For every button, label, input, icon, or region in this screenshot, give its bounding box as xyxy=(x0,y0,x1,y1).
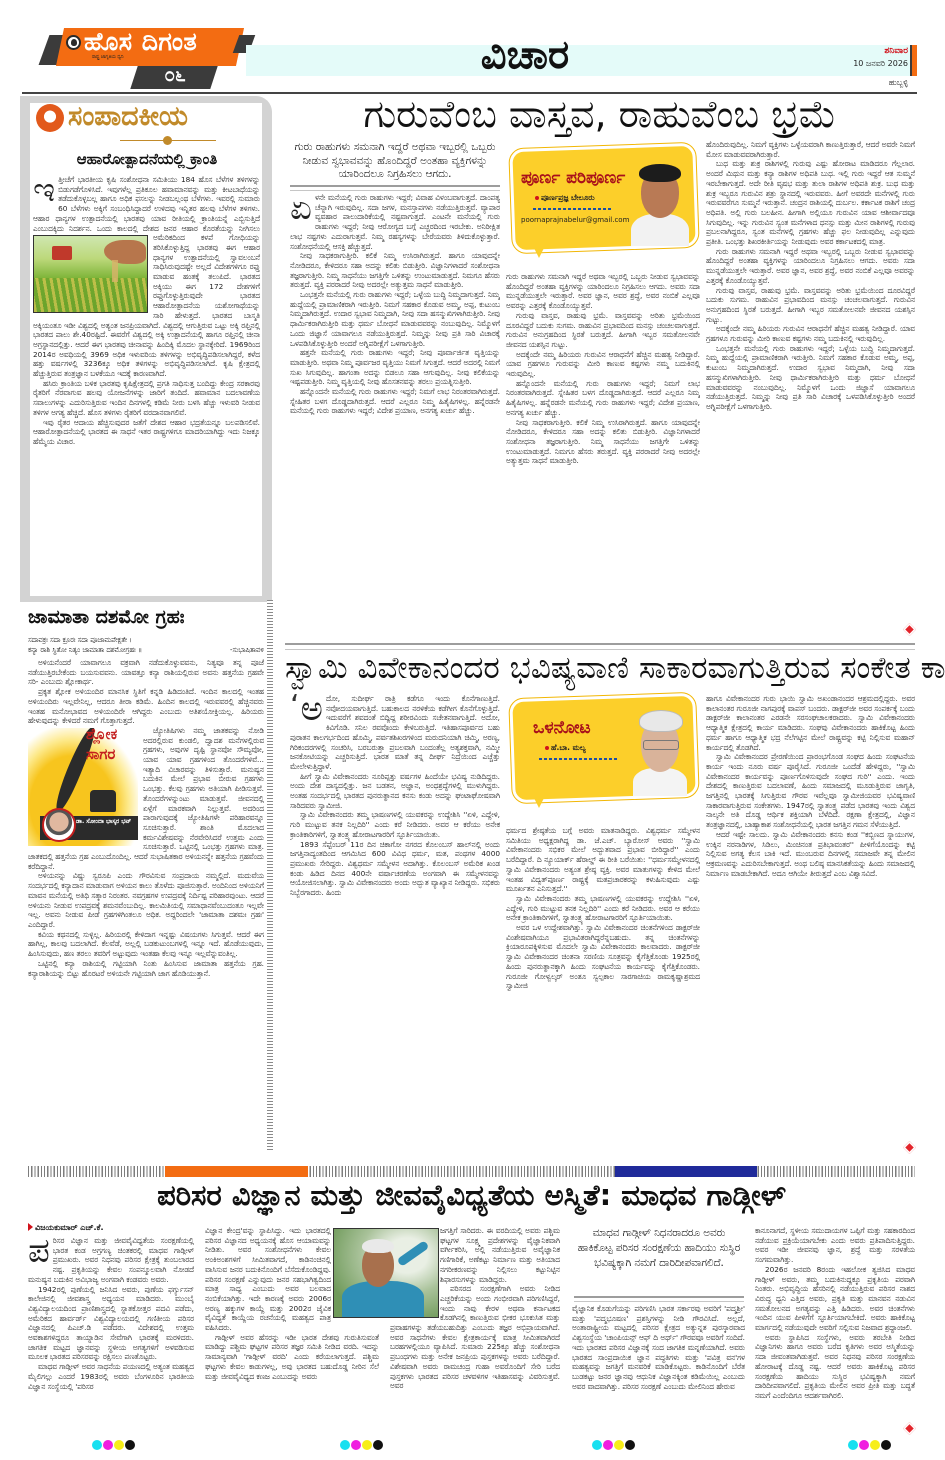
column-name-line-1: ಶ್ಲೋಕ xyxy=(86,730,117,740)
cyan-dot xyxy=(92,1440,102,1450)
drop-cap: ಏ xyxy=(290,193,312,223)
edition-city: ಹುಬ್ಬಳ್ಳಿ xyxy=(846,78,908,88)
cmyk-register-dots xyxy=(340,1440,383,1450)
vivekananda-paragraph: ಆದರೆ ಇಷ್ಟೇ ಸಾಲದು. ಸ್ವಾಮಿ ವಿವೇಕಾನಂದರು ಕನಸ… xyxy=(706,830,915,879)
editorial-paragraph: ಹಸಿರು ಕ್ರಾಂತಿಯ ಬಳಿಕ ಭಾರತವು ಕೃಷಿಕ್ಷೇತ್ರದಲ… xyxy=(33,379,260,418)
inkpot-icon xyxy=(90,790,116,812)
gadgil-paragraph: 2026ರ ಜನವರಿ 8ರಂದು ಇಹಲೋಕ ತ್ಯಜಿಸಿದ ಮಾಧವ ಗಾ… xyxy=(755,1265,915,1333)
vertical-register-strip xyxy=(267,600,273,1152)
issue-day: ಶನಿವಾರ xyxy=(846,46,908,56)
column-box-poorna-paripoorna: ಪೂರ್ಣ ಪರಿಪೂರ್ಣ ಪೂರ್ಣಪ್ರಜ್ಞ ಬೇಲೂರು poorna… xyxy=(505,138,700,268)
vivekananda-article-headline: ಸ್ವಾಮಿ ವಿವೇಕಾನಂದರ ಭವಿಷ್ಯವಾಣಿ ಸಾಕಾರವಾಗುತ್… xyxy=(285,650,915,687)
guru-paragraph: ಹತ್ತನೇ ಮನೆಯಲ್ಲಿ ಗುರು ರಾಹುಗಳು ಇದ್ದರೆ; ನೀವ… xyxy=(290,348,500,387)
magenta-dot xyxy=(603,1440,613,1450)
black-dot xyxy=(125,1440,135,1450)
yellow-dot xyxy=(614,1440,624,1450)
masthead-tagline: ರಾಷ್ಟ್ರ ಜಾಗೃತಿಯ ಧ್ವನಿ xyxy=(92,54,124,60)
gadgil-col-1: ಪರಿಸರ ವಿಜ್ಞಾನ ಮತ್ತು ಜೀವವೈವಿಧ್ಯತೆಯ ಸಂರಕ್ಷ… xyxy=(28,1236,194,1432)
black-dot xyxy=(625,1440,635,1450)
drop-cap: ಅ xyxy=(301,694,323,724)
masthead-emblem-icon xyxy=(66,35,81,50)
column-box-olanota: ಒಳನೋಟ ಹೆ.ಬಾ. ಮಲ್ಯ xyxy=(505,688,700,818)
shloka-sagara-column-art: ಶ್ಲೋಕ ಸಾಗರ ಡಾ. ಸೋಂದಾ ಭಾಸ್ಕರ ಭಟ್ xyxy=(28,728,138,846)
shloka-paragraph: ಅಳಿಯನೆಂದರೆ ಯಾವಾಗಲೂ ವಕ್ರವಾಗಿ ನಡೆದುಕೊಳ್ಳುವ… xyxy=(28,658,264,687)
guru-paragraph: ಹನ್ನೊಂದನೇ ಮನೆಯಲ್ಲಿ ಗುರು ರಾಹುಗಳು ಇದ್ದರೆ; … xyxy=(506,379,700,418)
vivekananda-paragraph: ಸ್ವಾಮಿ ವಿವೇಕಾನಂದರು ತಮ್ಮ ಭಾಷಣಗಳಲ್ಲಿ ಯುವಕರ… xyxy=(290,810,500,839)
spectacles-icon xyxy=(643,740,679,750)
guru-paragraph: ನೀವು ಸಾಧಕರಾಗುತ್ತೀರಿ. ಕಲಿಕೆ ನಿಮ್ಮ ಉಸಿರಾಗಿ… xyxy=(290,251,500,290)
gadgil-col-5: ಕಾನೂನಾಗದೆ, ಸ್ಥಳೀಯ ಸಮುದಾಯಗಳ ಒಪ್ಪಿಗೆ ಮತ್ತು… xyxy=(755,1226,915,1432)
gadgil-paragraph: ವೈಜ್ಞಾನಿಕ ಕೊಡುಗೆಯನ್ನು ಪರಿಗಣಿಸಿ ಭಾರತ ಸರ್ಕ… xyxy=(572,1304,745,1391)
gadgil-lead: ರಿಸರ ವಿಜ್ಞಾನ ಮತ್ತು ಜೀವವೈವಿಧ್ಯತೆಯ ಸಂರಕ್ಷಣ… xyxy=(28,1236,194,1284)
vivekananda-paragraph: ಧರ್ಮದ ಶ್ರೇಷ್ಠತೆಯ ಬಗ್ಗೆ ಅವರು ಮಾತನಾಡಿದ್ದರು… xyxy=(506,826,700,894)
section-title: ವಿಚಾರ xyxy=(400,32,650,78)
page-number: ೦೬ xyxy=(136,64,214,86)
magenta-dot xyxy=(103,1440,113,1450)
drop-cap: ಇ xyxy=(33,175,55,205)
shloka-paragraph: ಒಟ್ಟಿನಲ್ಲಿ ಕನ್ಯಾ ರಾಶಿಯಲ್ಲಿ ಗಟ್ಟಿಯಾಗಿ ನಿಂ… xyxy=(28,959,264,978)
gadgil-paragraph: ಪರಿಸರ ವಿಜ್ಞಾನ ಮತ್ತು ಜೀವವೈವಿಧ್ಯತೆಯ ಸಂರಕ್ಷ… xyxy=(28,1236,194,1285)
cyan-dot xyxy=(340,1440,350,1450)
quote-mark: ‘ xyxy=(290,694,300,720)
shirt-shape xyxy=(633,768,687,796)
columnist-name: ಪೂರ್ಣಪ್ರಜ್ಞ ಬೇಲೂರು xyxy=(535,193,595,203)
vivekananda-paragraph: ಅವರ ಒಳ ಉದ್ದೇಶವಾಗಿತ್ತು. ಸ್ವಾಮಿ ವಿವೇಕಾನಂದರ… xyxy=(506,923,700,991)
editorial-paragraph: ಇ ತ್ತೀಚೆಗೆ ಭಾರತೀಯ ಕೃಷಿ ಸಂಶೋಧನಾ ಸಮಿತಿಯು 1… xyxy=(33,175,260,379)
crop-ears xyxy=(34,278,147,312)
vivekananda-paragraph: ಸ್ವಾಮಿ ವಿವೇಕಾನಂದರು ತಮ್ಮ ಭಾಷಣಗಳಲ್ಲಿ ಯುವಕರ… xyxy=(506,894,700,923)
guru-paragraph: ಗುರು ರಾಹುಗಳು ಸಮನಾಗಿ ಇದ್ದರೆ ಅಥವಾ ಇಬ್ಬರಲ್ಲ… xyxy=(706,247,915,286)
hair-shape xyxy=(639,164,681,182)
yellow-dot xyxy=(114,1440,124,1450)
guru-article-deck: ಗುರು ರಾಹುಗಳು ಸಮನಾಗಿ ಇದ್ದರೆ ಅಥವಾ ಇಬ್ಬರಲ್ಲ… xyxy=(290,141,500,182)
cmyk-register-dots xyxy=(848,1440,891,1450)
vivekananda-paragraph: ಹೀಗೆ ಸ್ವಾಮಿ ವಿವೇಕಾನಂದರು ನೂರಿಪ್ಪತ್ತು ವರ್ಷ… xyxy=(290,772,500,811)
dotted-divider xyxy=(539,758,619,760)
columnist-name: ಹೆ.ಬಾ. ಮಲ್ಯ xyxy=(545,743,586,753)
hair-shape xyxy=(639,710,683,732)
yellow-dot xyxy=(870,1440,880,1450)
tractor-shape xyxy=(52,246,72,260)
divider-orange-segment xyxy=(165,1166,308,1177)
guru-paragraph: ಅದಕ್ಕೆಂದೇ ನಮ್ಮ ಹಿರಿಯರು ಗುರುವಿನ ಆರಾಧನೆಗೆ … xyxy=(706,324,915,343)
paddy-field-photo xyxy=(33,235,148,313)
guru-paragraph: ಏಳನೇ ಮನೆಯಲ್ಲಿ ಗುರು ರಾಹುಗಳು ಇದ್ದರೆ; ವಿವಾಹ… xyxy=(290,193,500,251)
hatched-divider xyxy=(28,1166,915,1177)
falling-grain xyxy=(112,260,118,282)
pull-quote-rule xyxy=(574,1296,744,1302)
editorial-emblem-icon xyxy=(36,104,64,132)
magenta-dot xyxy=(351,1440,361,1450)
date-accent-bar xyxy=(910,45,917,76)
gadgil-paragraph: ಗಾಡ್ಗೀಳ್ ಅವರ ಹೆಸರನ್ನು ಇಡೀ ಭಾರತ ದೇಶವು ಗುರ… xyxy=(205,1333,379,1382)
byline-name: ವಿಜಯಕುಮಾರ್ ಎಚ್.ಕೆ. xyxy=(35,1223,103,1232)
vivekananda-paragraph: ಸ್ವಾಮಿ ವಿವೇಕಾನಂದರ ಪ್ರೇರಣೆಯಿಂದ ಪ್ರಾರಂಭಗೊಂ… xyxy=(706,752,915,830)
shloka-body: ಅಳಿಯನೆಂದರೆ ಯಾವಾಗಲೂ ವಕ್ರವಾಗಿ ನಡೆದುಕೊಳ್ಳುವ… xyxy=(28,658,264,1152)
guru-paragraph: ಹೊಂದಿರುವುದಿಲ್ಲ. ನಿಮಗೆ ವ್ಯಕ್ತಿಗಳು ಒಳ್ಳೆಯವ… xyxy=(706,140,915,159)
deck-rule xyxy=(290,185,500,191)
bubble-pointer xyxy=(531,792,547,808)
cmyk-register-dots xyxy=(92,1440,135,1450)
editorial-headline: ಆಹಾರೋತ್ಪಾದನೆಯಲ್ಲಿ ಕ್ರಾಂತಿ xyxy=(34,150,260,168)
byline: ವಿಜಯಕುಮಾರ್ ಎಚ್.ಕೆ. xyxy=(28,1223,194,1233)
shloka-paragraph: ಪ್ರಕೃತ ಶ್ಲೋಕ ಅಳಿಯಂದಿರ ಮಾನಸಿಕ ಸ್ಥಿತಿಗೆ ಕನ… xyxy=(28,687,264,726)
guru-paragraph: ನೀವು ಸಾಧಕರಾಗುತ್ತೀರಿ. ಕಲಿಕೆ ನಿಮ್ಮ ಉಸಿರಾಗಿ… xyxy=(506,418,700,467)
black-dot xyxy=(881,1440,891,1450)
vivekananda-paragraph: ಹಾಗೂ ವಿವೇಕಾನಂದರ ಗುರು ಭಾಯಿ ಸ್ವಾಮಿ ಅಖಂಡಾನಂ… xyxy=(706,694,915,752)
guru-col-2: ಗುರು ರಾಹುಗಳು ಸಮನಾಗಿ ಇದ್ದರೆ ಅಥವಾ ಇಬ್ಬರಲ್ಲ… xyxy=(506,272,700,637)
black-dot xyxy=(373,1440,383,1450)
byline-arrow-icon xyxy=(28,1223,33,1231)
guru-paragraph: ಗುರು ರಾಹುಗಳು ಸಮನಾಗಿ ಇದ್ದರೆ ಅಥವಾ ಇಬ್ಬರಲ್ಲ… xyxy=(506,272,700,311)
gadgil-col-4: ವೈಜ್ಞಾನಿಕ ಕೊಡುಗೆಯನ್ನು ಪರಿಗಣಿಸಿ ಭಾರತ ಸರ್ಕ… xyxy=(572,1304,745,1432)
guru-lead: ಳನೇ ಮನೆಯಲ್ಲಿ ಗುರು ರಾಹುಗಳು ಇದ್ದರೆ; ವಿವಾಹ … xyxy=(290,193,500,251)
gadgil-paragraph: ಮಾಧವ ಗಾಡ್ಗೀಳ್ ಅವರ ಸಾಧನೆಯ ಪಯಣದಲ್ಲಿ ಅತ್ಯಂತ… xyxy=(28,1362,194,1391)
ornament-dot-icon xyxy=(163,136,172,145)
author-photo xyxy=(42,808,76,842)
gadgil-col-3: ಜಗತ್ತಿಗೆ ಸಾರಿದರು. ಈ ವರದಿಯಲ್ಲಿ ಅವರು ಪಶ್ಚಿ… xyxy=(390,1226,560,1432)
guru-article-headline: ಗುರುವೆಂಬ ವಾಸ್ತವ, ರಾಹುವೆಂಬ ಭ್ರಮೆ xyxy=(285,92,915,137)
shloka-title: ಜಾಮಾತಾ ದಶಮೋ ಗ್ರಹಃ xyxy=(28,606,268,628)
vivekananda-col-1: ‘ಅದೋ, ಸುದೀರ್ಘ ರಾತ್ರಿ ಕಡೆಗೂ ಇಂದು ಕೊನೆಗಾಣು… xyxy=(290,694,500,1152)
guru-col-1: ಏಳನೇ ಮನೆಯಲ್ಲಿ ಗುರು ರಾಹುಗಳು ಇದ್ದರೆ; ವಿವಾಹ… xyxy=(290,193,500,637)
shirt-shape xyxy=(631,214,689,246)
vivekananda-col-3: ಹಾಗೂ ವಿವೇಕಾನಂದರ ಗುರು ಭಾಯಿ ಸ್ವಾಮಿ ಅಖಂಡಾನಂ… xyxy=(706,694,915,1150)
guru-col-3: ಹೊಂದಿರುವುದಿಲ್ಲ. ನಿಮಗೆ ವ್ಯಕ್ತಿಗಳು ಒಳ್ಳೆಯವ… xyxy=(706,140,915,634)
column-title: ಪೂರ್ಣ ಪರಿಪೂರ್ಣ xyxy=(521,168,625,188)
vivekananda-paragraph: ‘ಅದೋ, ಸುದೀರ್ಘ ರಾತ್ರಿ ಕಡೆಗೂ ಇಂದು ಕೊನೆಗಾಣು… xyxy=(290,694,500,772)
divider-blue-segment xyxy=(615,1166,757,1177)
dotted-divider xyxy=(533,208,613,210)
guru-paragraph: ಹನ್ನೊಂದನೇ ಮನೆಯಲ್ಲಿ ಗುರು ರಾಹುಗಳು ಇದ್ದರೆ; … xyxy=(290,387,500,416)
cyan-dot xyxy=(592,1440,602,1450)
vivekananda-col-2: ಧರ್ಮದ ಶ್ರೇಷ್ಠತೆಯ ಬಗ್ಗೆ ಅವರು ಮಾತನಾಡಿದ್ದರು… xyxy=(506,826,700,1152)
column-title: ಒಳನೋಟ xyxy=(533,718,591,738)
column-name-line-2: ಸಾಗರ xyxy=(86,750,115,760)
editorial-lead-text: ತ್ತೀಚೆಗೆ ಭಾರತೀಯ ಕೃಷಿ ಸಂಶೋಧನಾ ಸಮಿತಿಯು 184… xyxy=(33,175,260,233)
yellow-dot xyxy=(362,1440,372,1450)
gadgil-paragraph: ಕಾನೂನಾಗದೆ, ಸ್ಥಳೀಯ ಸಮುದಾಯಗಳ ಒಪ್ಪಿಗೆ ಮತ್ತು… xyxy=(755,1226,915,1265)
article-separator xyxy=(285,643,915,650)
columnist-photo xyxy=(629,152,691,246)
issue-date: 10 ಜನವರಿ 2026 xyxy=(820,59,908,69)
bubble-pointer xyxy=(531,242,547,258)
editorial-body: ಇ ತ್ತೀಚೆಗೆ ಭಾರತೀಯ ಕೃಷಿ ಸಂಶೋಧನಾ ಸಮಿತಿಯು 1… xyxy=(33,175,260,595)
gadgil-paragraph: ಅವರು ಸ್ಥಾಪಿಸಿದ ಸಂಸ್ಥೆಗಳು, ಅವರು ತರಬೇತಿ ನೀ… xyxy=(755,1333,915,1401)
shloka-author: ಡಾ. ಸೋಂದಾ ಭಾಸ್ಕರ ಭಟ್ xyxy=(76,818,136,826)
gadgil-paragraph: 1942ರಲ್ಲಿ ಪುಣೆಯಲ್ಲಿ ಜನಿಸಿದ ಅವರು, ಪುಣೆಯ ಫ… xyxy=(28,1285,194,1363)
columnist-photo xyxy=(629,698,691,796)
guru-paragraph: ಒಂಭತ್ತನೇ ಮನೆಯಲ್ಲಿ ಗುರು ರಾಹುಗಳು ಇದ್ದರೆ; ಒ… xyxy=(706,344,915,412)
hand-shape xyxy=(104,240,146,264)
drop-cap: ಪ xyxy=(28,1236,50,1266)
editorial-paragraph: ಇವು ರೈತರ ಆದಾಯ ಹೆಚ್ಚಿಸುವುದರ ಜತೆಗೆ ದೇಶದ ಆಹ… xyxy=(33,418,260,447)
pull-quote: ಮಾಧವ ಗಾಡ್ಗೀಳ್ ನಿಧನರಾದರೂ ಅವರು ಹಾಕಿಕೊಟ್ಟ ಪ… xyxy=(574,1226,744,1271)
columnist-email: poornaprajnabelur@gmail.com xyxy=(521,216,629,224)
magenta-dot xyxy=(859,1440,869,1450)
cyan-dot xyxy=(848,1440,858,1450)
photo-wrap-spacer xyxy=(390,1226,440,1318)
shloka-verse: ಸದಾವಕ್ರಃ ಸದಾ ಕ್ರೂರಃ ಸದಾ ಪೂಜಾಮಪೇಕ್ಷತೇ । ಕ… xyxy=(28,635,264,655)
editorial-label: ಸಂಪಾದಕೀಯ xyxy=(68,101,258,133)
guru-paragraph: ಗುರುವು ವಾಸ್ತವ, ರಾಹುವು ಭ್ರಮೆ. ವಾಸ್ತವವನ್ನು… xyxy=(506,311,700,350)
vivekananda-paragraph: 1893 ಸೆಪ್ಟೆಂಬರ್ 11ರ ದಿನ ಚಿಕಾಗೋ ನಗರದ ಕೊಲಂ… xyxy=(290,840,500,898)
guru-paragraph: ಗುರುವು ವಾಸ್ತವ, ರಾಹುವು ಭ್ರಮೆ. ವಾಸ್ತವವನ್ನು… xyxy=(706,286,915,325)
shloka-paragraph: ಅಳಿಯನನ್ನು ವಿಷ್ಣು ಸ್ವರೂಪಿ ಎಂದು ಗೌರವಿಸುವ ಸ… xyxy=(28,871,264,929)
guru-paragraph: ಒಂಭತ್ತನೇ ಮನೆಯಲ್ಲಿ ಗುರು ರಾಹುಗಳು ಇದ್ದರೆ; ಒ… xyxy=(290,290,500,348)
cmyk-register-dots xyxy=(592,1440,635,1450)
shloka-paragraph: ಕವಿಯ ಕಥನದಲ್ಲಿ ಸುಳ್ಳಿಲ್ಲ. ಹಿರಿಯರಲ್ಲಿ ಕೇಳಿ… xyxy=(28,930,264,959)
verse-line-2: ಕನ್ಯಾ ರಾಶಿ ಸ್ಥಿತೋ ನಿತ್ಯಂ ಜಾಮಾತಾ ದಶಮೋಗ್ರಹ… xyxy=(28,645,264,655)
gadgil-article-headline: ಪರಿಸರ ವಿಜ್ಞಾನ ಮತ್ತು ಜೀವವೈವಿಧ್ಯತೆಯ ಅಸ್ಮಿತ… xyxy=(28,1178,915,1213)
verse-source: -ಸುಭಾಷಿತಾವಳಿ xyxy=(230,645,264,655)
masthead-logo-text: ಹೊಸ ದಿಗಂತ xyxy=(84,27,244,57)
guru-paragraph: ಬುಧ ಮತ್ತು ಶುಕ್ರ ರಾಶಿಗಳಲ್ಲಿ ಗುರುವು ಎಷ್ಟು … xyxy=(706,159,915,246)
guru-paragraph: ಅದಕ್ಕೆಂದೇ ನಮ್ಮ ಹಿರಿಯರು ಗುರುವಿನ ಆರಾಧನೆಗೆ … xyxy=(506,350,700,379)
verse-line-1: ಸದಾವಕ್ರಃ ಸದಾ ಕ್ರೂರಃ ಸದಾ ಪೂಜಾಮಪೇಕ್ಷತೇ । xyxy=(28,635,264,645)
